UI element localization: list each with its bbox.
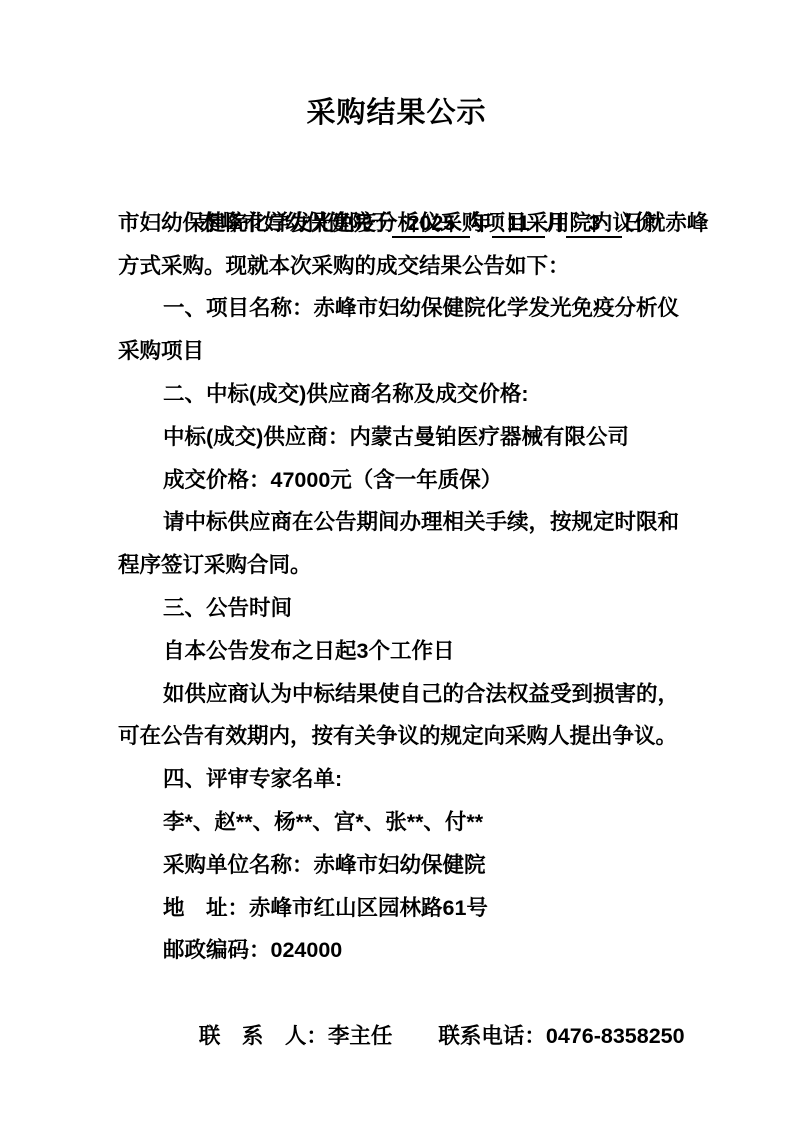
section-2-heading-line: 二、中标(成交)供应商名称及成交价格: (118, 373, 694, 416)
section-1-heading-line: 一、项目名称：赤峰市妇幼保健院化学发光免疫分析仪 (118, 287, 694, 330)
paragraph-line: 请中标供应商在公告期间办理相关手续，按规定时限和 (118, 501, 694, 544)
paragraph-line: 方式采购。现就本次采购的成交结果公告如下： (118, 245, 694, 288)
paragraph-line: 市妇幼保健院化学发光免疫分析仪采购项目采用院内议价 (118, 202, 694, 245)
date-line: 赤峰市妇幼保健院于2025年11月3日就赤峰 (118, 159, 694, 202)
paragraph-line: 可在公告有效期内，按有关争议的规定向采购人提出争议。 (118, 715, 694, 758)
document-title: 采购结果公示 (0, 0, 793, 128)
section-3-heading-line: 三、公告时间 (118, 587, 694, 630)
paragraph-line: 如供应商认为中标结果使自己的合法权益受到损害的， (118, 673, 694, 716)
contact-phone-label: 联系电话： (438, 1024, 546, 1048)
notice-period-line: 自本公告发布之日起3个工作日 (118, 630, 694, 673)
contact-person-label: 联 系 人： (199, 1024, 328, 1048)
paragraph-line: 采购项目 (118, 330, 694, 373)
contact-line: 联 系 人：李主任联系电话：0476-8358250 (118, 972, 694, 1015)
price-line: 成交价格：47000元（含一年质保） (118, 459, 694, 502)
document-body: 赤峰市妇幼保健院于2025年11月3日就赤峰 市妇幼保健院化学发光免疫分析仪采购… (0, 159, 793, 1015)
address-line: 地 址：赤峰市红山区园林路61号 (118, 887, 694, 930)
postal-code-line: 邮政编码：024000 (118, 929, 694, 972)
expert-names-line: 李*、赵**、杨**、宫*、张**、付** (118, 801, 694, 844)
document-page: 采购结果公示 赤峰市妇幼保健院于2025年11月3日就赤峰 市妇幼保健院化学发光… (0, 0, 793, 1121)
supplier-line: 中标(成交)供应商：内蒙古曼铂医疗器械有限公司 (118, 416, 694, 459)
contact-person-value: 李主任 (328, 1024, 393, 1048)
contact-phone-value: 0476-8358250 (546, 1024, 685, 1048)
purchaser-name-line: 采购单位名称：赤峰市妇幼保健院 (118, 844, 694, 887)
paragraph-line: 程序签订采购合同。 (118, 544, 694, 587)
section-4-heading-line: 四、评审专家名单: (118, 758, 694, 801)
